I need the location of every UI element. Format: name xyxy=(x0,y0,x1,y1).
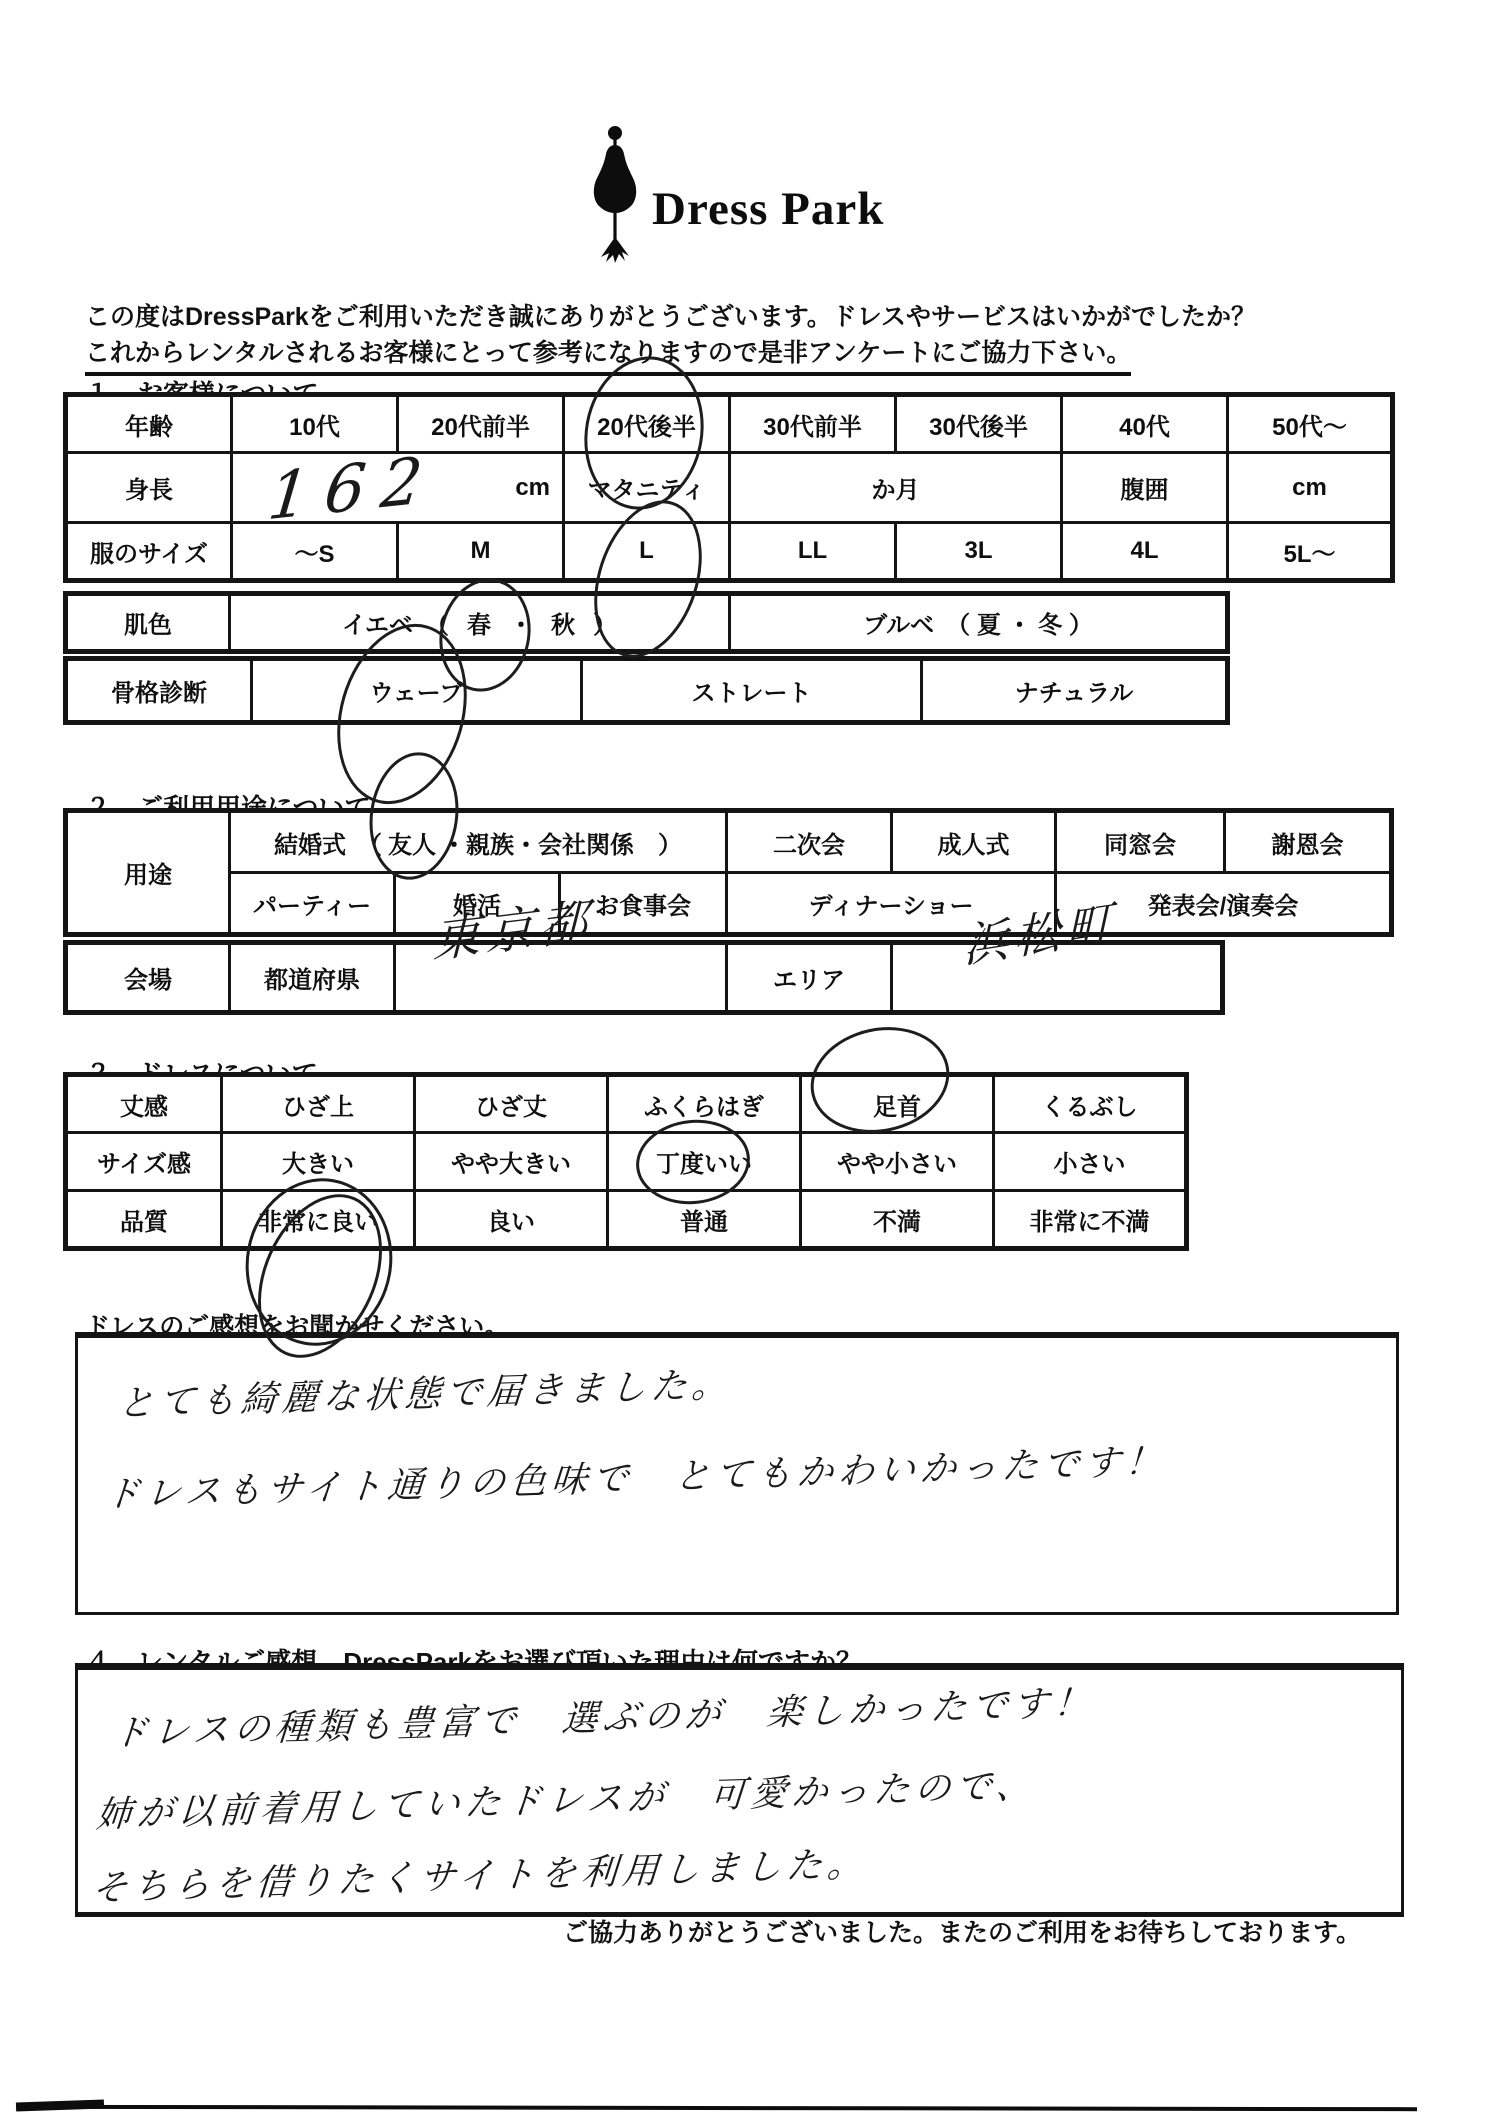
fit-option: 小さい xyxy=(994,1133,1187,1191)
intro-thanks-text: この度はDressParkをご利用いただき誠にありがとうございます。ドレスやサー… xyxy=(85,297,1256,333)
height-label: 身長 xyxy=(66,453,232,523)
waist-unit: cm xyxy=(1228,453,1393,523)
length-option: ひざ丈 xyxy=(415,1075,608,1133)
brand-logo: Dress Park xyxy=(588,124,884,264)
maternity-months-cell: か月 xyxy=(730,453,1062,523)
wedding-post: ・親族・会社関係 ） xyxy=(442,825,682,860)
age-label: 年齢 xyxy=(66,395,232,453)
quality-option: 非常に不満 xyxy=(994,1191,1187,1249)
intro-request-text: これからレンタルされるお客様にとって参考になりますので是非アンケートにご協力下さ… xyxy=(85,333,1131,376)
skeleton-table: 骨格診断 ウェーブ ストレート ナチュラル xyxy=(63,656,1230,725)
dress-feedback-table: 丈感 ひざ上 ひざ丈 ふくらはぎ 足首 くるぶし サイズ感 大きい やや大きい … xyxy=(63,1072,1189,1251)
length-option: くるぶし xyxy=(994,1075,1187,1133)
fit-label: サイズ感 xyxy=(66,1133,222,1191)
age-option: 40代 xyxy=(1062,395,1228,453)
length-row: 丈感 ひざ上 ひざ丈 ふくらはぎ 足首 くるぶし xyxy=(66,1075,1187,1133)
usage-option: パーティー xyxy=(230,873,395,935)
size-option: 5L～ xyxy=(1228,523,1393,581)
scan-artifact-blob xyxy=(16,2099,104,2111)
length-option: ひざ上 xyxy=(222,1075,415,1133)
age-option: 30代前半 xyxy=(730,395,896,453)
skin-blue-cell: ブルベ （ 夏 ・ 冬 ） xyxy=(730,594,1228,652)
height-row: 身長 cm マタニティ か月 腹囲 cm xyxy=(66,453,1393,523)
usage-option: 同窓会 xyxy=(1056,811,1225,873)
wedding-parts: 結婚式 （ 友人 ・親族・会社関係 ） xyxy=(231,825,725,860)
usage-option: 謝恩会 xyxy=(1225,811,1392,873)
usage-option: 成人式 xyxy=(892,811,1056,873)
prefecture-label: 都道府県 xyxy=(230,943,395,1013)
skeleton-row: 骨格診断 ウェーブ ストレート ナチュラル xyxy=(66,659,1228,723)
length-label: 丈感 xyxy=(66,1075,222,1133)
skeleton-label: 骨格診断 xyxy=(66,659,252,723)
usage-row2: パーティー 婚活 お食事会 ディナーショー 発表会/演奏会 xyxy=(66,873,1392,935)
venue-label: 会場 xyxy=(66,943,230,1013)
usage-row1: 用途 結婚式 （ 友人 ・親族・会社関係 ） 二次会 成人式 同窓会 謝恩会 xyxy=(66,811,1392,873)
fit-option: やや小さい xyxy=(801,1133,994,1191)
fit-option: やや大きい xyxy=(415,1133,608,1191)
usage-label: 用途 xyxy=(66,811,230,935)
quality-row: 品質 非常に良い 良い 普通 不満 非常に不満 xyxy=(66,1191,1187,1249)
size-option: 3L xyxy=(896,523,1062,581)
age-option: 30代後半 xyxy=(896,395,1062,453)
brand-name: Dress Park xyxy=(652,182,884,236)
closing-thanks-text: ご協力ありがとうございました。またのご利用をお待ちしております。 xyxy=(563,1913,1361,1949)
size-label: 服のサイズ xyxy=(66,523,232,581)
size-option: ～S xyxy=(232,523,398,581)
size-option: LL xyxy=(730,523,896,581)
age-option: 50代～ xyxy=(1228,395,1393,453)
size-option: M xyxy=(398,523,564,581)
quality-option: 不満 xyxy=(801,1191,994,1249)
size-option: 4L xyxy=(1062,523,1228,581)
skeleton-option: ナチュラル xyxy=(922,659,1228,723)
wedding-pre: 結婚式 （ xyxy=(274,825,382,860)
wedding-cell: 結婚式 （ 友人 ・親族・会社関係 ） xyxy=(230,811,727,873)
questionnaire-scan-page: Dress Park この度はDressParkをご利用いただき誠にありがとうご… xyxy=(0,0,1500,2127)
scan-artifact-line xyxy=(25,2105,1417,2111)
usage-option: 二次会 xyxy=(727,811,892,873)
skeleton-option: ストレート xyxy=(582,659,922,723)
age-option: 10代 xyxy=(232,395,398,453)
usage-table: 用途 結婚式 （ 友人 ・親族・会社関係 ） 二次会 成人式 同窓会 謝恩会 パ… xyxy=(63,808,1394,937)
age-row: 年齢 10代 20代前半 20代後半 30代前半 30代後半 40代 50代～ xyxy=(66,395,1393,453)
fit-row: サイズ感 大きい やや大きい 丁度いい やや小さい 小さい xyxy=(66,1133,1187,1191)
dress-mannequin-icon xyxy=(588,124,642,264)
customer-profile-table: 年齢 10代 20代前半 20代後半 30代前半 30代後半 40代 50代～ … xyxy=(63,392,1395,583)
quality-label: 品質 xyxy=(66,1191,222,1249)
waist-label: 腹囲 xyxy=(1062,453,1228,523)
skin-autumn: 秋 xyxy=(551,605,575,640)
quality-option: 良い xyxy=(415,1191,608,1249)
skin-label: 肌色 xyxy=(66,594,230,652)
area-label: エリア xyxy=(727,943,892,1013)
